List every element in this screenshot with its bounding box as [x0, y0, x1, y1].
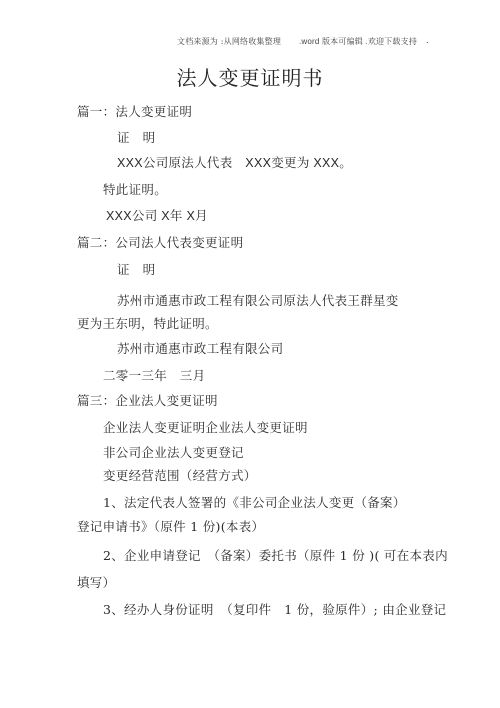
list-item: 2、企业申请登记 （备案）委托书（原件 1 份 )( 可在本表内: [103, 546, 448, 564]
document-title: 法人变更证明书: [0, 62, 500, 91]
list-item: 1、法定代表人签署的《非公司企业法人变更（备案）: [103, 493, 406, 511]
paragraph: 更为王东明，特此证明。: [77, 314, 218, 332]
signature-company: 苏州市通惠市政工程有限公司: [117, 339, 283, 357]
paragraph: 企业法人变更证明企业法人变更证明: [103, 418, 308, 436]
certificate-label: 证 明: [117, 128, 155, 146]
list-item-continuation: 填写）: [77, 573, 115, 591]
section-heading-3: 篇三：企业法人变更证明: [77, 391, 218, 409]
signature-date: XXX公司 X年 X月: [106, 206, 208, 224]
paragraph: 苏州市通惠市政工程有限公司原法人代表王群星变: [117, 291, 399, 309]
paragraph: XXX公司原法人代表 XXX变更为 XXX。: [117, 153, 352, 171]
paragraph: 非公司企业法人变更登记: [103, 443, 244, 461]
paragraph: 变更经营范围（经营方式）: [103, 466, 257, 484]
section-heading-2: 篇二：公司法人代表变更证明: [77, 233, 243, 251]
signature-date: 二零一三年 三月: [103, 366, 205, 384]
list-item-continuation: 登记申请书》（原件 1 份)(本表）: [77, 517, 264, 535]
document-page: 文档来源为 :从网络收集整理 .word 版本可编辑 .欢迎下载支持 . 法人变…: [0, 0, 500, 708]
section-heading-1: 篇一：法人变更证明: [77, 102, 192, 120]
paragraph: 特此证明。: [103, 180, 167, 198]
header-editable-text: .word 版本可编辑 .欢迎下载支持: [299, 36, 417, 47]
header-dot: .: [426, 36, 429, 45]
certificate-label: 证 明: [117, 260, 155, 278]
header-source-text: 文档来源为 :从网络收集整理: [177, 36, 281, 47]
list-item: 3、经办人身份证明 （复印件 1 份，验原件）; 由企业登记: [103, 600, 446, 618]
